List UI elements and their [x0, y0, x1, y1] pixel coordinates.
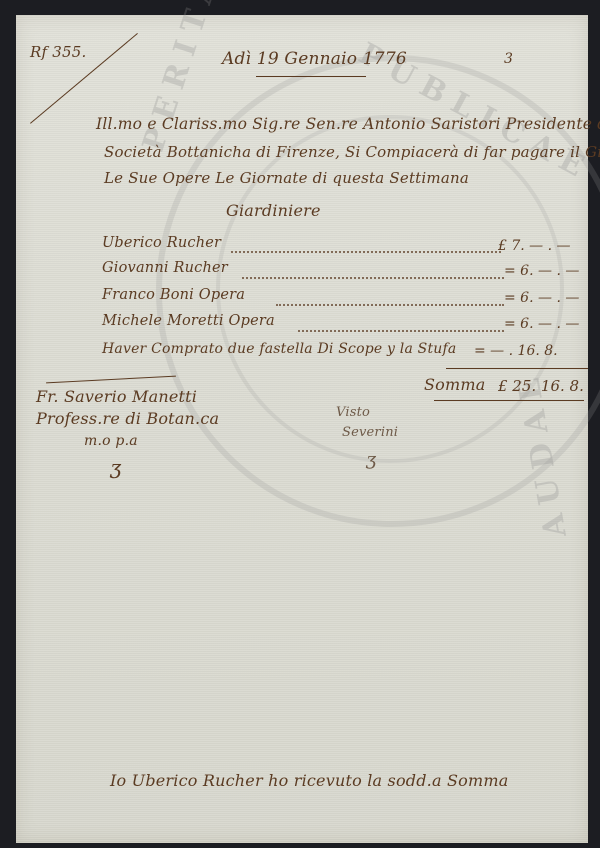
date-underline [256, 76, 366, 77]
approval-line: m.o p.a [84, 433, 138, 449]
approval-line: Fr. Saverio Manetti [36, 387, 197, 406]
visa-line: Severini [342, 425, 398, 440]
total-bottom-rule [434, 400, 584, 401]
total-amount: £ 25. 16. 8. [498, 377, 584, 395]
receipt-line: Io Uberico Rucher ho ricevuto la sodd.a … [110, 771, 508, 790]
signature-flourish: ʒ [110, 455, 122, 479]
salutation-line: Le Sue Opere Le Giornate di questa Setti… [104, 169, 469, 187]
entry-amount: £ 7. — . — [498, 238, 571, 254]
section-heading: Giardiniere [226, 201, 321, 220]
total-label: Somma [424, 375, 485, 394]
salutation-line: Ill.mo e Clariss.mo Sig.re Sen.re Antoni… [96, 115, 600, 133]
entry-name: Franco Boni Opera [102, 287, 245, 303]
entry-name: Haver Comprato due fastella Di Scope y l… [102, 341, 456, 357]
leader-dots [298, 330, 504, 332]
salutation-line: Società Bottanicha di Firenze, Si Compia… [104, 143, 600, 161]
visa-line: Visto [336, 405, 370, 420]
entry-amount: = 6. — . — [504, 290, 579, 306]
entry-name: Uberico Rucher [102, 235, 221, 251]
leader-dots [276, 304, 504, 306]
signature-flourish: ʒ [366, 449, 376, 470]
page-number: 3 [504, 51, 513, 67]
approval-line: Profess.re di Botan.ca [36, 409, 219, 428]
manuscript-page: PUBLICAE PERITA AUDAE Rf 355. 3 Adì 19 G… [16, 15, 588, 843]
entry-amount: = 6. — . — [504, 316, 579, 332]
entry-amount: = 6. — . — [504, 263, 579, 279]
approval-rule [46, 376, 176, 384]
leader-dots [242, 277, 504, 279]
entry-name: Giovanni Rucher [102, 260, 228, 276]
archive-reference: Rf 355. [30, 43, 86, 61]
total-top-rule [446, 368, 588, 369]
date-line: Adì 19 Gennaio 1776 [222, 49, 407, 69]
leader-dots [231, 251, 501, 253]
entry-name: Michele Moretti Opera [102, 313, 275, 329]
entry-amount: = — . 16. 8. [474, 343, 558, 359]
watermark-stamp-inner [216, 115, 564, 463]
